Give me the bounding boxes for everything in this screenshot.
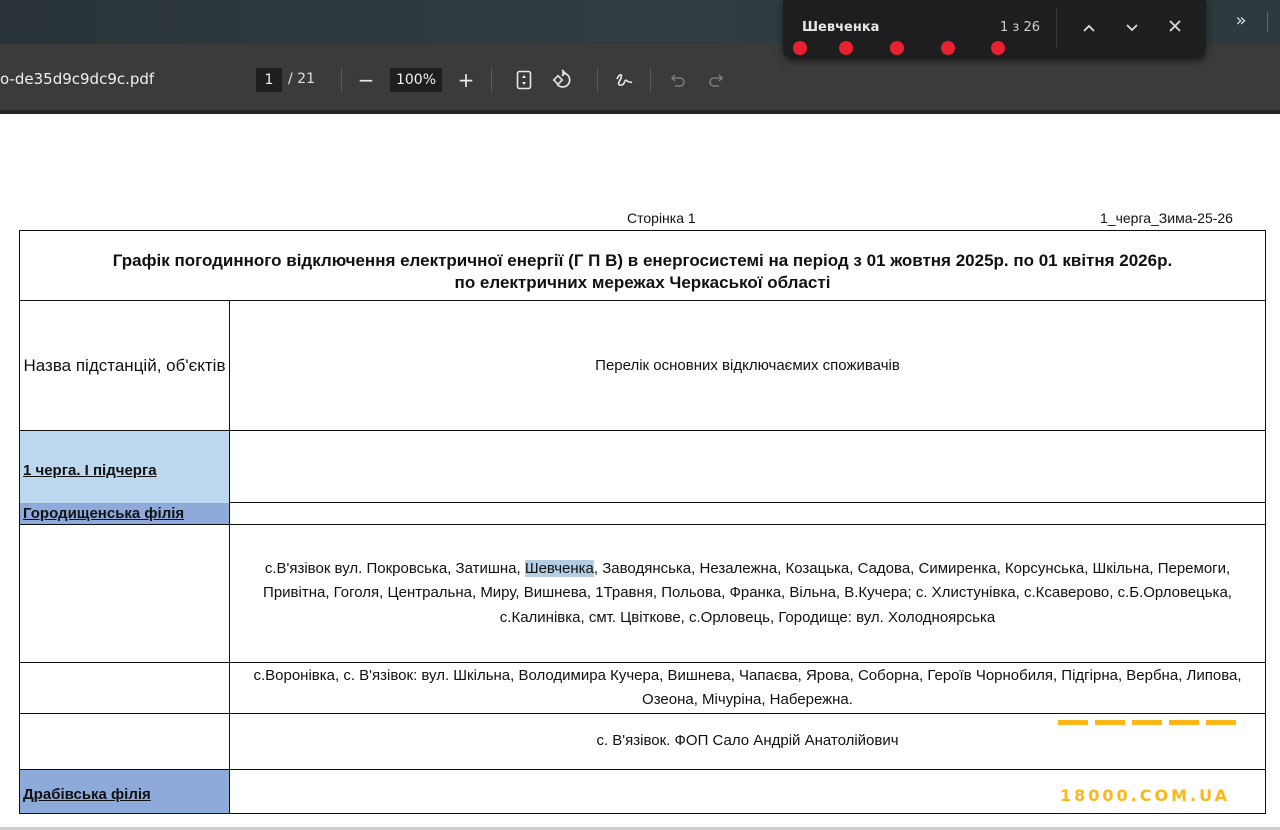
find-bar: Шевченка 1 з 26 <box>783 0 1206 59</box>
column-header-consumers: Перелік основних відключаємих споживачів <box>230 301 1266 431</box>
find-input[interactable]: Шевченка <box>802 20 879 35</box>
match-marker <box>839 41 853 55</box>
consumer-list-cell: с.В'язівок вул. Покровська, Затишна, Шев… <box>230 525 1266 663</box>
substation-cell <box>20 525 230 663</box>
queue-empty-cell <box>230 431 1266 503</box>
queue-row: 1 черга. І підчерга <box>20 431 1266 503</box>
substation-cell <box>20 714 230 770</box>
match-marker <box>793 41 807 55</box>
table-row: с.Воронівка, с. В'язівок: вул. Шкільна, … <box>20 663 1266 714</box>
schedule-table: Графік погодинного відключення електричн… <box>19 230 1266 814</box>
page-total: / 21 <box>288 71 315 87</box>
page-label: Сторінка 1 <box>627 210 696 226</box>
toolbar-divider <box>341 68 342 92</box>
undo-icon[interactable] <box>665 66 691 94</box>
redo-icon[interactable] <box>703 66 729 94</box>
title-line-1: Графік погодинного відключення електричн… <box>20 250 1265 272</box>
table-title: Графік погодинного відключення електричн… <box>20 231 1266 301</box>
double-chevron-right-icon[interactable]: » <box>1228 10 1254 34</box>
minus-icon[interactable]: − <box>353 66 379 94</box>
header-row: Назва підстанцій, об'єктів Перелік основ… <box>20 301 1266 431</box>
plus-icon[interactable]: + <box>453 66 479 94</box>
toolbar-divider <box>597 68 598 92</box>
toolbar-divider <box>650 68 651 92</box>
title-row: Графік погодинного відключення електричн… <box>20 231 1266 301</box>
queue-label: 1 черга. І підчерга <box>20 431 230 503</box>
match-marker <box>941 41 955 55</box>
toolbar-divider <box>491 68 492 92</box>
sheet-code: 1_черга_Зима-25-26 <box>1100 210 1233 226</box>
watermark-dashes <box>1058 720 1236 725</box>
match-marker <box>991 41 1005 55</box>
find-match-count: 1 з 26 <box>1000 20 1040 35</box>
search-highlight: Шевченка <box>525 560 594 577</box>
zoom-level-input[interactable]: 100% <box>390 68 442 92</box>
table-row: с.В'язівок вул. Покровська, Затишна, Шев… <box>20 525 1266 663</box>
fit-page-icon[interactable] <box>511 66 537 94</box>
strip-divider <box>1267 12 1268 32</box>
rotate-icon[interactable] <box>550 66 576 94</box>
title-line-2: по електричних мережах Черкаської област… <box>20 272 1265 294</box>
chevron-up-icon[interactable] <box>1076 14 1102 42</box>
consumer-text: с.В'язівок вул. Покровська, Затишна, <box>265 560 525 577</box>
branch-label-horodyshche: Городищенська філія <box>20 503 230 525</box>
file-name: o-de35d9c9dc9c.pdf <box>0 70 154 88</box>
branch-label-drabiv: Драбівська філія <box>20 770 230 814</box>
column-header-substations: Назва підстанцій, об'єктів <box>20 301 230 431</box>
branch-empty-cell <box>230 503 1266 525</box>
draw-icon[interactable] <box>611 66 637 94</box>
chevron-down-icon[interactable] <box>1119 14 1145 42</box>
branch-row: Городищенська філія <box>20 503 1266 525</box>
page-number-input[interactable]: 1 <box>256 68 282 92</box>
watermark-text: 18000.COM.UA <box>1060 786 1230 805</box>
close-icon[interactable] <box>1162 14 1188 42</box>
consumer-list-cell: с.Воронівка, с. В'язівок: вул. Шкільна, … <box>230 663 1266 714</box>
pdf-page: Сторінка 1 1_черга_Зима-25-26 Графік пог… <box>0 118 1280 830</box>
substation-cell <box>20 663 230 714</box>
find-divider <box>1056 8 1057 48</box>
match-marker <box>890 41 904 55</box>
